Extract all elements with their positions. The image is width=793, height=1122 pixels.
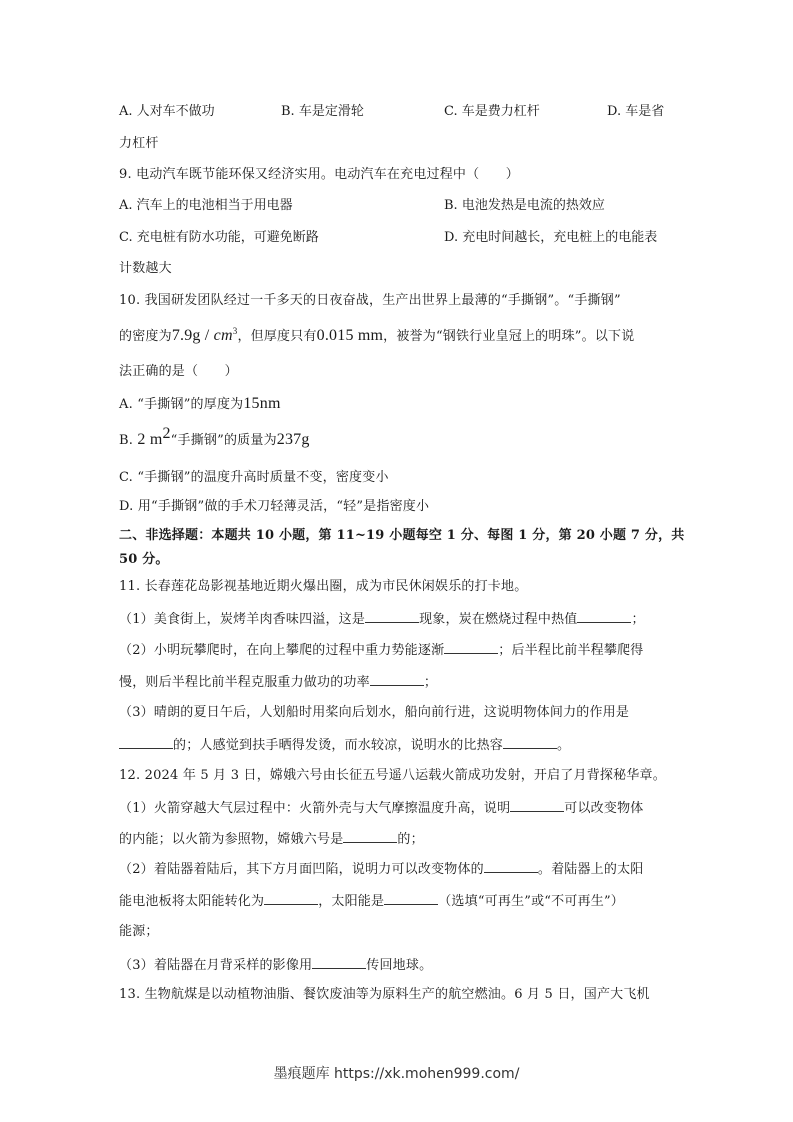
q10-text: ，被誉为“钢铁行业皇冠上的明珠”。以下说	[383, 329, 634, 344]
q10-stem-line1: 10. 我国研发团队经过一千多天的日夜奋战，生产出世界上最薄的“手撕钢”。“手撕…	[119, 293, 621, 309]
q12-part2: （2）着陆器着陆后，其下方月面凹陷，说明力可以改变物体的。着陆器上的太阳	[119, 860, 643, 878]
q12-part1-continued: 的内能；以火箭为参照物，嫦娥六号是的；	[119, 830, 424, 848]
q12-part1: （1）火箭穿越大气层过程中：火箭外壳与大气摩擦温度升高，说明可以改变物体	[119, 799, 643, 817]
q10-option-d: D. 用“手撕钢”做的手术刀轻薄灵活，“轻”是指密度小	[119, 499, 429, 515]
q10-text: ，但厚度只有	[237, 329, 316, 344]
q9-stem: 9. 电动汽车既节能环保又经济实用。电动汽车在充电过程中（ ）	[119, 167, 519, 183]
answer-blank[interactable]	[365, 610, 419, 623]
q12-part3-text: （3）着陆器在月背采样的影像用	[119, 958, 312, 973]
q12-part2-continued: 能电池板将太阳能转化为，太阳能是（选填“可再生”或“不可再生”）	[119, 892, 624, 910]
q9-option-d-continued: 计数越大	[119, 261, 172, 277]
q8-option-b: B. 车是定滑轮	[281, 104, 364, 120]
q10-option-c: C. “手撕钢”的温度升高时质量不变，密度变小	[119, 470, 389, 486]
q10-option-a-text: A. “手撕钢”的厚度为	[119, 397, 243, 412]
answer-blank[interactable]	[577, 610, 631, 623]
q11-part2-continued: 慢，则后半程比前半程克服重力做功的功率；	[119, 673, 437, 691]
density-unit: cm	[214, 327, 233, 344]
q12-part3: （3）着陆器在月背采样的影像用传回地球。	[119, 956, 432, 974]
q11-part3-text: 。	[557, 738, 570, 753]
q11-part3-text: 的；人感觉到扶手晒得发烫，而水较凉，说明水的比热容	[173, 738, 503, 753]
q10-option-b-area-exp: 2	[162, 425, 170, 442]
q9-option-a: A. 汽车上的电池相当于用电器	[119, 198, 293, 214]
q11-part1: （1）美食街上，炭烤羊肉香味四溢，这是现象，炭在燃烧过程中热值；	[119, 610, 645, 628]
answer-blank[interactable]	[370, 673, 424, 686]
q12-part1-text: 可以改变物体	[564, 801, 643, 816]
answer-blank[interactable]	[119, 736, 173, 749]
answer-blank[interactable]	[484, 860, 538, 873]
q12-part2-text: 。着陆器上的太阳	[538, 862, 644, 877]
q11-stem: 11. 长春莲花岛影视基地近期火爆出圈，成为市民休闲娱乐的打卡地。	[119, 579, 527, 595]
thickness-value: 0.015 mm	[317, 327, 384, 344]
q12-part2-text: 能电池板将太阳能转化为	[119, 894, 264, 909]
q12-part1-text: 的；	[397, 832, 423, 847]
answer-blank[interactable]	[444, 641, 498, 654]
q10-option-b-area: 2 m	[137, 431, 162, 448]
q11-part2-text: （2）小明玩攀爬时，在向上攀爬的过程中重力势能逐渐	[119, 643, 444, 658]
q12-stem: 12. 2024 年 5 月 3 日，嫦娥六号由长征五号遥八运载火箭成功发射，开…	[119, 768, 666, 784]
answer-blank[interactable]	[343, 830, 397, 843]
q10-option-a-value: 15nm	[243, 395, 280, 412]
q9-option-b: B. 电池发热是电流的热效应	[444, 198, 605, 214]
q8-option-d-continued: 力杠杆	[119, 136, 159, 152]
q8-option-a: A. 人对车不做功	[119, 104, 215, 120]
q10-option-b: B. 2 m2“手撕钢”的质量为237g	[119, 432, 310, 449]
q10-option-a: A. “手撕钢”的厚度为15nm	[119, 396, 281, 413]
answer-blank[interactable]	[264, 892, 318, 905]
answer-blank[interactable]	[510, 799, 564, 812]
q12-part2-continued-2: 能源；	[119, 924, 159, 940]
q8-option-d: D. 车是省	[607, 104, 664, 120]
q12-part1-text: 的内能；以火箭为参照物，嫦娥六号是	[119, 832, 343, 847]
q10-text: 的密度为	[119, 329, 172, 344]
q10-option-b-text: “手撕钢”的质量为	[171, 433, 277, 448]
q12-part1-text: （1）火箭穿越大气层过程中：火箭外壳与大气摩擦温度升高，说明	[119, 801, 510, 816]
footer-watermark: 墨痕题库 https://xk.mohen999.com/	[0, 1063, 793, 1083]
q9-option-d: D. 充电时间越长，充电桩上的电能表	[444, 230, 657, 246]
q11-part2-text: 慢，则后半程比前半程克服重力做功的功率	[119, 675, 370, 690]
q8-option-c: C. 车是费力杠杆	[444, 104, 540, 120]
q11-part2: （2）小明玩攀爬时，在向上攀爬的过程中重力势能逐渐；后半程比前半程攀爬得	[119, 641, 643, 659]
q12-part2-text: （选填“可再生”或“不可再生”）	[438, 894, 624, 909]
answer-blank[interactable]	[312, 956, 366, 969]
q11-part2-text: ；后半程比前半程攀爬得	[498, 643, 643, 658]
q11-part2-text: ；	[424, 675, 437, 690]
section2-heading-line2: 50 分。	[119, 552, 169, 568]
q9-option-c: C. 充电桩有防水功能，可避免断路	[119, 230, 319, 246]
q12-part2-text: ，太阳能是	[318, 894, 384, 909]
q11-part1-text: 现象，炭在燃烧过程中热值	[419, 612, 577, 627]
q11-part3: （3）晴朗的夏日午后，人划船时用桨向后划水，船向前行进，这说明物体间力的作用是	[119, 705, 629, 721]
q11-part1-text: ；	[631, 612, 644, 627]
q11-part1-text: （1）美食街上，炭烤羊肉香味四溢，这是	[119, 612, 365, 627]
density-value: 7.9g /	[172, 327, 214, 344]
q10-option-b-value: 237g	[277, 431, 310, 448]
section2-heading-line1: 二、非选择题：本题共 10 小题，第 11~19 小题每空 1 分、每图 1 分…	[119, 528, 685, 544]
q12-part2-text: （2）着陆器着陆后，其下方月面凹陷，说明力可以改变物体的	[119, 862, 484, 877]
answer-blank[interactable]	[384, 892, 438, 905]
q10-option-b-label: B.	[119, 433, 137, 448]
q12-part3-text: 传回地球。	[366, 958, 432, 973]
q10-stem-line3: 法正确的是（ ）	[119, 364, 238, 380]
q10-stem-line2: 的密度为7.9g / cm3，但厚度只有0.015 mm，被誉为“钢铁行业皇冠上…	[119, 328, 634, 345]
q13-stem: 13. 生物航煤是以动植物油脂、餐饮废油等为原料生产的航空燃油。6 月 5 日，…	[119, 987, 650, 1003]
answer-blank[interactable]	[503, 736, 557, 749]
q11-part3-continued: 的；人感觉到扶手晒得发烫，而水较凉，说明水的比热容。	[119, 736, 570, 754]
